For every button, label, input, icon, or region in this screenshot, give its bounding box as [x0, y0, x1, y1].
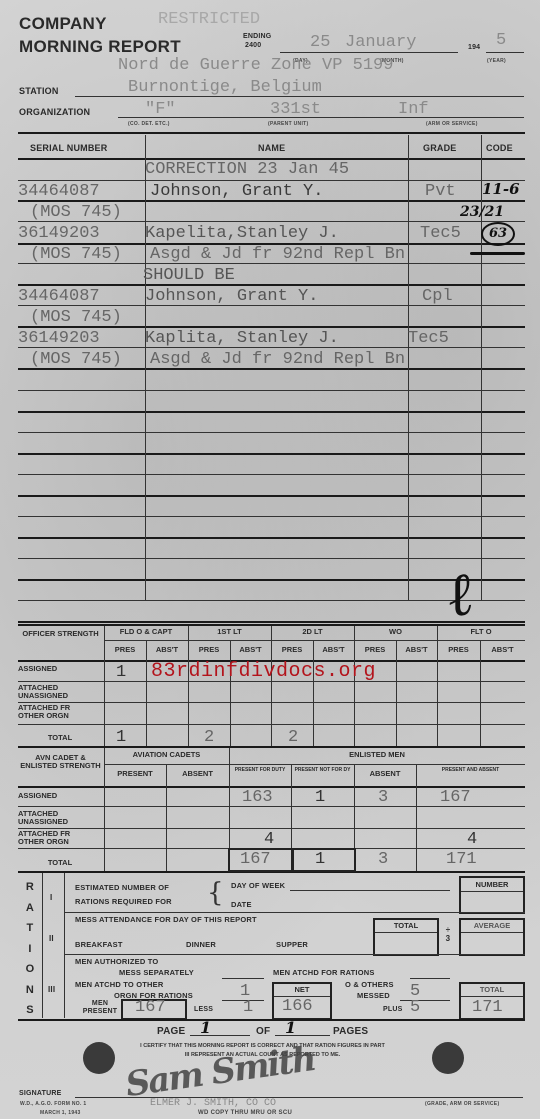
roster-row-7-serial: (MOS 745) — [30, 308, 122, 327]
signature-line — [75, 1097, 523, 1098]
men-authorized-label-a: MEN AUTHORIZED TO — [75, 957, 158, 966]
enlisted-total-total: 171 — [446, 850, 477, 869]
plus-value: 5 — [410, 998, 420, 1017]
report-year: 5 — [496, 31, 506, 50]
group-2d-lt: 2D LT — [271, 628, 354, 636]
row-total: TOTAL — [40, 859, 80, 867]
mess-attendance-label: MESS ATTENDANCE FOR DAY OF THIS REPORT — [75, 915, 257, 924]
signature-label: SIGNATURE — [19, 1090, 62, 1097]
divide-by-3: ÷ 3 — [443, 925, 453, 943]
men-authorized-label-b: MESS SEPARATELY — [119, 968, 194, 977]
number-label: NUMBER — [461, 881, 523, 889]
mess-total-label: TOTAL — [375, 922, 437, 930]
section-2-number: II — [49, 934, 54, 943]
org-company: "F" — [145, 100, 176, 119]
col-serial-number: SERIAL NUMBER — [30, 143, 107, 153]
net-value: 166 — [282, 997, 313, 1016]
org-company-caption: (CO. DET. ETC.) — [128, 121, 170, 127]
roster-row-4-name: Asgd & Jd fr 92nd Repl Bn — [150, 245, 405, 264]
roster-top-border — [18, 132, 525, 134]
page-label: PAGE — [157, 1026, 185, 1037]
row-assigned: ASSIGNED — [18, 792, 80, 800]
subcol-abst: ABS'T — [480, 646, 525, 654]
roster-row-3-serial: 36149203 — [18, 224, 100, 243]
average-label: AVERAGE — [461, 922, 523, 930]
group-1st-lt: 1ST LT — [188, 628, 271, 636]
enlisted-attached-pfd: 4 — [264, 830, 274, 849]
sec1-label-b: RATIONS REQUIRED FOR — [75, 897, 172, 906]
roster-row-5-name: SHOULD BE — [143, 266, 235, 285]
subcol-pres: PRES — [271, 646, 313, 654]
col-av-present: PRESENT — [104, 770, 166, 778]
less-label: LESS — [194, 1006, 213, 1013]
subcol-pres: PRES — [437, 646, 480, 654]
men-atchd-for-field[interactable] — [410, 968, 450, 979]
enlisted-assigned-pfd: 163 — [242, 788, 273, 807]
enlisted-strength-title: AVN CADET & ENLISTED STRENGTH — [18, 754, 103, 770]
row-total: TOTAL — [40, 734, 80, 742]
watermark: 83rdinfdivdocs.org — [151, 660, 376, 683]
row-attached-unassigned: ATTACHED UNASSIGNED — [18, 810, 80, 826]
group-enlisted-men: ENLISTED MEN — [229, 751, 525, 759]
enlisted-assigned-total: 167 — [440, 788, 471, 807]
day-of-week-label: DAY OF WEEK — [231, 881, 285, 890]
organization-label: ORGANIZATION — [19, 107, 90, 117]
row-assigned: ASSIGNED — [18, 665, 80, 673]
subcol-pres: PRES — [104, 646, 146, 654]
page-num: 1 — [200, 1018, 211, 1037]
roster-row-8-serial: 36149203 — [18, 329, 100, 348]
group-wo: WO — [354, 628, 437, 636]
station-value: Burnontige, Belgium — [128, 78, 322, 97]
form-date: MARCH 1, 1943 — [40, 1110, 81, 1116]
roster-row-8-name: Kaplita, Stanley J. — [145, 329, 339, 348]
col-present-and-absent: PRESENT AND ABSENT — [416, 767, 525, 774]
day-of-week-field[interactable] — [290, 880, 450, 891]
roster-row-1-code: 11-6 — [482, 180, 520, 198]
rations-total-label: TOTAL — [461, 986, 523, 994]
net-label: NET — [274, 986, 330, 994]
binder-hole-right — [432, 1042, 464, 1074]
subcol-abst: ABS'T — [313, 646, 354, 654]
group-fld-o-capt: FLD O & CAPT — [104, 628, 188, 636]
group-aviation-cadets: AVIATION CADETS — [104, 751, 229, 759]
roster-row-2-serial: (MOS 745) — [30, 203, 122, 222]
section-1-number: I — [50, 893, 52, 902]
page-total: 1 — [285, 1018, 296, 1037]
roster-row-6-grade: Cpl — [422, 287, 453, 306]
o-others-label-b: MESSED — [357, 991, 390, 1000]
handwritten-scribble — [470, 252, 525, 255]
binder-hole-left — [83, 1042, 115, 1074]
org-arm: Inf — [398, 100, 429, 119]
enlisted-assigned-pnfd: 1 — [315, 788, 325, 807]
men-present-value: 167 — [135, 998, 166, 1017]
rations-total-value: 171 — [472, 998, 503, 1017]
year-prefix: 194 — [468, 44, 480, 51]
roster-row-1-serial: 34464087 — [18, 182, 100, 201]
col-present-for-duty: PRESENT FOR DUTY — [229, 767, 291, 774]
men-atchd-to-label-a: MEN ATCHD TO OTHER — [75, 980, 163, 989]
roster-row-6-name: Johnson, Grant Y. — [145, 287, 318, 306]
officer-strength-title: OFFICER STRENGTH — [18, 630, 103, 638]
col-code: CODE — [486, 143, 513, 153]
roster-row-9-serial: (MOS 745) — [30, 350, 122, 369]
of-label: OF — [256, 1026, 270, 1037]
officer-total-fld-pres: 1 — [116, 728, 126, 747]
sec1-label-a: ESTIMATED NUMBER OF — [75, 883, 169, 892]
enlisted-total-absent: 3 — [378, 850, 388, 869]
org-parent-caption: (PARENT UNIT) — [268, 121, 308, 127]
subcol-abst: ABS'T — [230, 646, 271, 654]
roster-row-1-grade: Pvt — [425, 182, 456, 201]
page-total-field — [275, 1022, 330, 1036]
roster-row-4-serial: (MOS 745) — [30, 245, 122, 264]
col-absent: ABSENT — [354, 770, 416, 778]
o-others-label-a: O & OTHERS — [345, 980, 394, 989]
classification-stamp: RESTRICTED — [158, 10, 260, 29]
col-av-absent: ABSENT — [166, 770, 229, 778]
officer-assigned-fld-pres: 1 — [116, 663, 126, 682]
location-line: Nord de Guerre Zone VP 5199 — [118, 56, 393, 75]
row-attached-other: ATTACHED FR OTHER ORGN — [18, 830, 80, 846]
col-name: NAME — [258, 143, 285, 153]
subcol-pres: PRES — [354, 646, 396, 654]
group-flt-o: FLT O — [437, 628, 525, 636]
plus-label: PLUS — [383, 1006, 402, 1013]
men-atchd-for-label: MEN ATCHD FOR RATIONS — [273, 968, 375, 977]
roster-row-1-name: Johnson, Grant Y. — [150, 182, 323, 201]
enlisted-total-pnfd: 1 — [315, 850, 325, 869]
rations-side-label: RATIONS — [24, 877, 36, 1021]
report-month: January — [345, 33, 416, 52]
o-others-field[interactable] — [400, 988, 450, 1001]
enlisted-attached-total: 4 — [467, 830, 477, 849]
row-attached-unassigned: ATTACHED UNASSIGNED — [18, 684, 80, 700]
roster-row-3-grade: Tec5 — [420, 224, 461, 243]
org-parent: 331st — [270, 100, 321, 119]
row-attached-other: ATTACHED FR OTHER ORGN — [18, 704, 80, 720]
roster-row-2-code: 23/21 — [460, 204, 504, 220]
morning-report-form: COMPANY MORNING REPORT RESTRICTED ENDING… — [0, 0, 540, 1119]
enlisted-assigned-absent: 3 — [378, 788, 388, 807]
roster-row-3-code: 63 — [481, 222, 515, 246]
mess-separately-field[interactable] — [222, 968, 264, 979]
col-present-not-for-duty: PRESENT NOT FOR DY — [291, 767, 354, 774]
col-grade: GRADE — [423, 143, 457, 153]
station-label: STATION — [19, 86, 59, 96]
ending-time: 2400 — [245, 42, 261, 49]
copy-routing-note: WD COPY THRU MRU OR SCU — [198, 1110, 292, 1116]
enlisted-total-pfd: 167 — [240, 850, 271, 869]
less-value: 1 — [243, 998, 253, 1017]
men-present-label: MEN PRESENT — [82, 1000, 118, 1016]
roster-row-8-grade: Tec5 — [408, 329, 449, 348]
form-number: W.D., A.G.O. FORM NO. 1 — [20, 1101, 86, 1107]
signer-name: ELMER J. SMITH, CO CO — [150, 1098, 276, 1109]
breakfast-label: BREAKFAST — [75, 940, 123, 949]
year-caption: (YEAR) — [487, 58, 506, 64]
roster-row-6-serial: 34464087 — [18, 287, 100, 306]
form-title-line1: COMPANY — [19, 14, 107, 33]
grade-caption: (GRADE, ARM OR SERVICE) — [425, 1101, 499, 1107]
officer-total-2dlt-pres: 2 — [288, 728, 298, 747]
report-day: 25 — [310, 33, 330, 52]
subcol-abst: ABS'T — [146, 646, 188, 654]
ending-label: ENDING — [243, 33, 271, 40]
pages-label: PAGES — [333, 1026, 368, 1037]
form-title-line2: MORNING REPORT — [19, 37, 181, 56]
roster-row-0-name: CORRECTION 23 Jan 45 — [145, 160, 349, 179]
handwritten-initial: ℓ — [443, 563, 479, 627]
supper-label: SUPPER — [276, 940, 308, 949]
subcol-abst: ABS'T — [396, 646, 437, 654]
subcol-pres: PRES — [188, 646, 230, 654]
officer-total-1stlt-pres: 2 — [204, 728, 214, 747]
roster-row-3-name: Kapelita,Stanley J. — [145, 224, 339, 243]
org-arm-caption: (ARM OR SERVICE) — [426, 121, 478, 127]
section-3-number: III — [48, 985, 55, 994]
dinner-label: DINNER — [186, 940, 216, 949]
roster-row-9-name: Asgd & Jd fr 92nd Repl Bn — [150, 350, 405, 369]
date-label: DATE — [231, 900, 252, 909]
page-num-field — [190, 1022, 250, 1036]
